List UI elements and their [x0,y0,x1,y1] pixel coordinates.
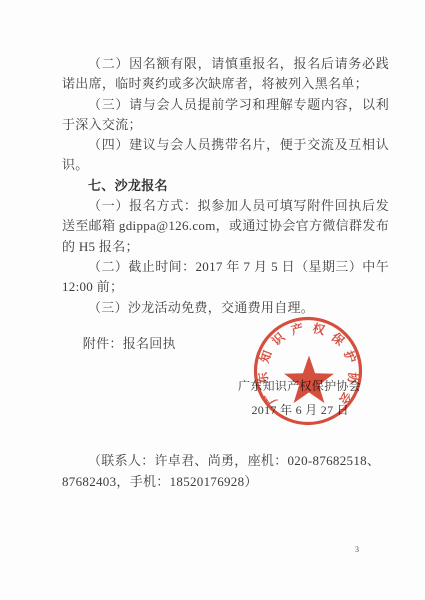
section-heading: 七、沙龙报名 [62,176,389,196]
paragraph-note-3: （三）请与会人员提前学习和理解专题内容，以利于深入交流； [62,95,389,136]
svg-text:广: 广 [261,389,280,407]
star-icon [284,356,334,404]
contact-line-2: 87682403，手机：18520176928） [62,471,389,492]
page-number: 3 [355,545,359,554]
paragraph-signup-1: （一）报名方式：拟参加人员可填写附件回执后发送至邮箱 gdippa@126.co… [62,196,389,257]
paragraph-signup-2: （二）截止时间：2017 年 7 月 5 日（星期三）中午 12:00 前； [62,257,389,298]
svg-text:协: 协 [345,371,361,386]
official-seal-stamp: 广东知识产权保护协会 [252,315,364,427]
paragraph-note-4: （四）建议与会人员携带名片，便于交流及互相认识。 [62,135,389,176]
svg-text:产: 产 [290,320,305,337]
svg-text:东: 东 [255,371,271,385]
contact-line-1: （联系人：许卓君、尚勇，座机：020-87682518、 [62,450,389,471]
svg-text:权: 权 [311,320,327,338]
contact-block: （联系人：许卓君、尚勇，座机：020-87682518、 87682403，手机… [62,450,389,492]
svg-text:会: 会 [336,389,355,407]
document-page: （二）因名额有限，请慎重报名，报名后请务必践诺出席，临时爽约或多次缺席者，将被列… [0,0,425,600]
paragraph-note-2: （二）因名额有限，请慎重报名，报名后请务必践诺出席，临时爽约或多次缺席者，将被列… [62,54,389,95]
